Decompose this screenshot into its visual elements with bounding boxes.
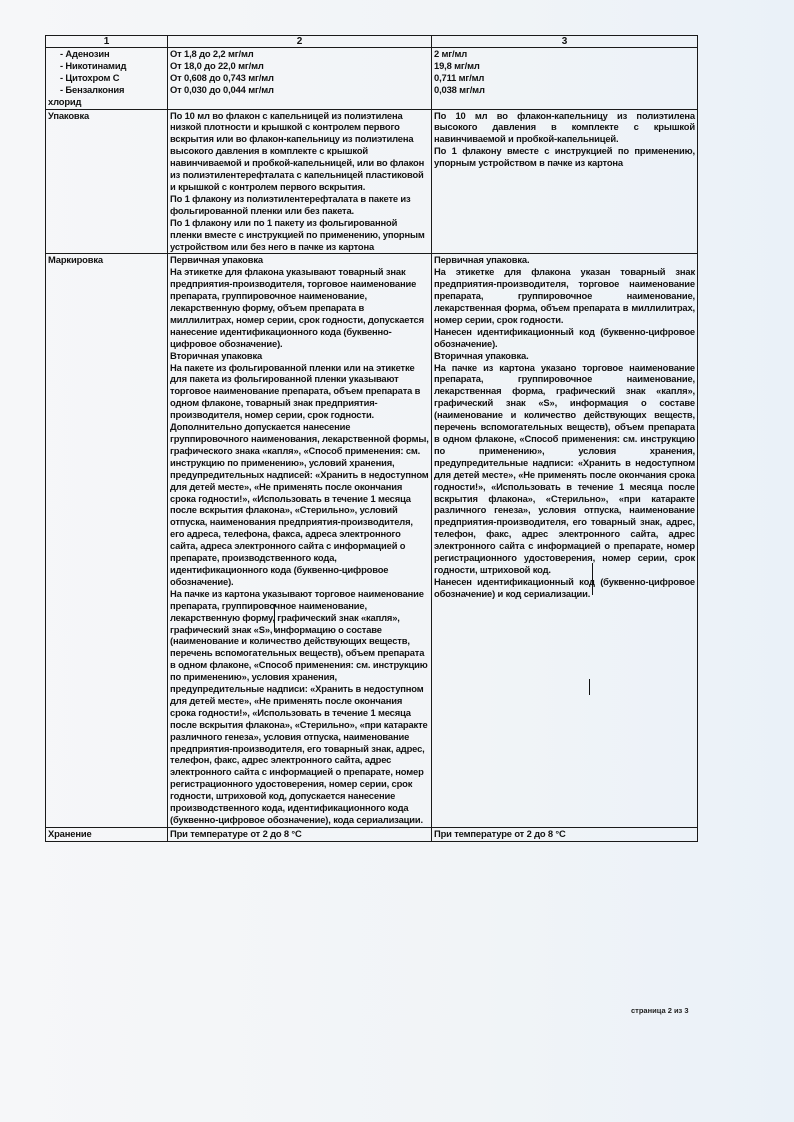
scan-artifact-line: [274, 604, 275, 632]
marking-spec-paragraph: На пачке из картона указывают торговое н…: [170, 588, 429, 826]
component-actual: 0,711 мг/мл: [434, 72, 695, 84]
component-spec: От 0,608 до 0,743 мг/мл: [170, 72, 429, 84]
component-specs-cell: От 1,8 до 2,2 мг/мл От 18,0 до 22,0 мг/м…: [168, 48, 432, 110]
component-spec: От 0,030 до 0,044 мг/мл: [170, 84, 429, 96]
document-page: 1 2 3 - Аденозин - Никотинамид - Цитохро…: [0, 0, 794, 1122]
component-actual: 0,038 мг/мл: [434, 84, 695, 96]
marking-actual-paragraph: На этикетке для флакона указан товарный …: [434, 266, 695, 326]
row-label-storage: Хранение: [46, 827, 168, 841]
component-spec: От 18,0 до 22,0 мг/мл: [170, 60, 429, 72]
component-name: - Бензалкония: [48, 84, 165, 96]
page-number: страница 2 из 3: [631, 1006, 689, 1015]
packaging-actual-paragraph: По 10 мл во флакон-капельницу из полиэти…: [434, 110, 695, 146]
table-row-storage: Хранение При температуре от 2 до 8 °С Пр…: [46, 827, 698, 841]
scan-artifact-line: [592, 563, 593, 595]
component-actual: 19,8 мг/мл: [434, 60, 695, 72]
storage-spec-cell: При температуре от 2 до 8 °С: [168, 827, 432, 841]
component-name: - Аденозин: [48, 48, 165, 60]
packaging-spec-cell: По 10 мл во флакон с капельницей из поли…: [168, 109, 432, 254]
component-name: - Никотинамид: [48, 60, 165, 72]
table-row-components: - Аденозин - Никотинамид - Цитохром С - …: [46, 48, 698, 110]
scan-artifact-line: [589, 679, 590, 695]
marking-actual-heading: Вторичная упаковка.: [434, 350, 695, 362]
component-actual: 2 мг/мл: [434, 48, 695, 60]
marking-spec-heading: Первичная упаковка: [170, 254, 429, 266]
marking-actual-paragraph: Нанесен идентификационный код (буквенно-…: [434, 576, 695, 600]
table-row-packaging: Упаковка По 10 мл во флакон с капельнице…: [46, 109, 698, 254]
packaging-actual-cell: По 10 мл во флакон-капельницу из полиэти…: [432, 109, 698, 254]
packaging-spec-paragraph: По 1 флакону или по 1 пакету из фольгиро…: [170, 217, 429, 253]
component-name-continued: хлорид: [48, 96, 165, 108]
specification-table: 1 2 3 - Аденозин - Никотинамид - Цитохро…: [45, 35, 698, 842]
marking-actual-paragraph: На пачке из картона указано торговое наи…: [434, 362, 695, 576]
marking-spec-paragraph: На пакете из фольгированной пленки или н…: [170, 362, 429, 588]
column-header-3: 3: [432, 36, 698, 48]
column-header-2: 2: [168, 36, 432, 48]
storage-actual-cell: При температуре от 2 до 8 °С: [432, 827, 698, 841]
packaging-spec-paragraph: По 10 мл во флакон с капельницей из поли…: [170, 110, 429, 193]
component-name: - Цитохром С: [48, 72, 165, 84]
component-names-cell: - Аденозин - Никотинамид - Цитохром С - …: [46, 48, 168, 110]
table-header-row: 1 2 3: [46, 36, 698, 48]
marking-spec-paragraph: На этикетке для флакона указывают товарн…: [170, 266, 429, 349]
packaging-actual-paragraph: По 1 флакону вместе с инструкцией по при…: [434, 145, 695, 169]
row-label-packaging: Упаковка: [46, 109, 168, 254]
component-spec: От 1,8 до 2,2 мг/мл: [170, 48, 429, 60]
packaging-spec-paragraph: По 1 флакону из полиэтилентерефталата в …: [170, 193, 429, 217]
table-row-marking: Маркировка Первичная упаковка На этикетк…: [46, 254, 698, 828]
marking-actual-paragraph: Нанесен идентификационный код (буквенно-…: [434, 326, 695, 350]
marking-actual-cell: Первичная упаковка. На этикетке для флак…: [432, 254, 698, 828]
marking-spec-cell: Первичная упаковка На этикетке для флако…: [168, 254, 432, 828]
column-header-1: 1: [46, 36, 168, 48]
component-actual-cell: 2 мг/мл 19,8 мг/мл 0,711 мг/мл 0,038 мг/…: [432, 48, 698, 110]
marking-spec-heading: Вторичная упаковка: [170, 350, 429, 362]
row-label-marking: Маркировка: [46, 254, 168, 828]
marking-actual-heading: Первичная упаковка.: [434, 254, 695, 266]
